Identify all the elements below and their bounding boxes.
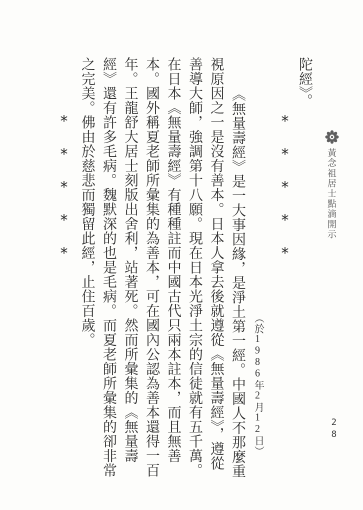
asterisk-mark: *	[281, 215, 289, 225]
asterisk-mark: *	[60, 248, 68, 258]
prev-section-end-column: 陀經》。	[296, 57, 312, 108]
asterisk-mark: *	[281, 182, 289, 192]
book-title: 黃念祖居士點滴開示	[327, 148, 337, 240]
asterisk-mark: *	[60, 116, 68, 126]
asterisk-mark: *	[60, 182, 68, 192]
paragraph-column-1: 《無量壽經》是一大事因緣，是淨土第一經。中國人不那麼重	[229, 87, 245, 479]
paragraph-column-3: 善導大師，強調第十八願。現在日本光淨土宗的信徒就有五千萬。	[186, 57, 202, 478]
section-separator-left: * * * * *	[57, 116, 71, 258]
flower-rosette-icon	[325, 130, 339, 144]
book-page: 陀經》。 * * * * * （於1986年2月12日） 《無量壽經》是一大事因…	[0, 0, 363, 510]
date-annotation: （於1986年2月12日）	[251, 313, 264, 457]
paragraph-column-5: 本。國外稱夏老師所彙集的為善本，可在國內公認為善本還得一百	[143, 57, 159, 478]
asterisk-mark: *	[281, 116, 289, 126]
asterisk-mark: *	[60, 215, 68, 225]
asterisk-mark: *	[281, 149, 289, 159]
paragraph-column-2: 視原因之一是沒有善本。日本人拿去後就遵從《無量壽經》，遵從	[208, 57, 224, 471]
asterisk-mark: *	[281, 248, 289, 258]
section-separator-right: * * * * *	[278, 116, 292, 258]
asterisk-mark: *	[60, 149, 68, 159]
paragraph-column-6: 年。王龍舒大居士刻版出舍利，站著死。然而所彙集的《無量壽	[122, 57, 138, 463]
page-number: 28	[329, 418, 339, 442]
paragraph-column-4: 在日本《無量壽經》有種種註而中國古代只兩本註本，而且無善	[165, 57, 181, 463]
paragraph-column-7: 經》還有許多毛病。魏默深的也是毛病。而夏老師所彙集的卻非常	[100, 57, 116, 478]
margin-header: 黃念祖居士點滴開示	[322, 130, 341, 240]
paragraph-column-8: 之完美。佛由於慈悲而獨留此經，止住百歲。	[79, 57, 95, 347]
